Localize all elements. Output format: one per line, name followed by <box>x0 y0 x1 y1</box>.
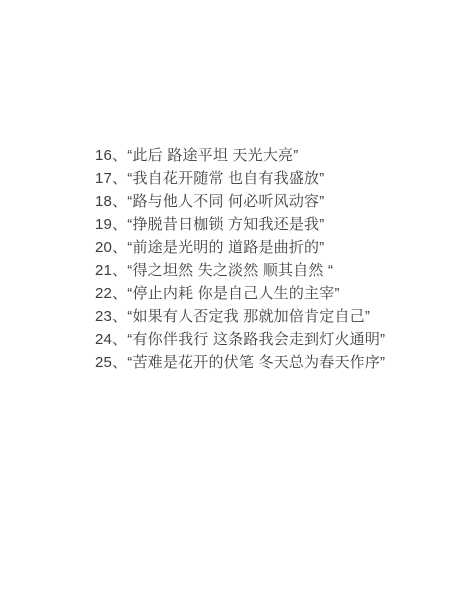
quote-line: 17、“我自花开随常 也自有我盛放” <box>95 167 425 190</box>
page: 16、“此后 路途平坦 天光大亮” 17、“我自花开随常 也自有我盛放” 18、… <box>0 0 449 600</box>
quote-line: 16、“此后 路途平坦 天光大亮” <box>95 144 425 167</box>
quote-line: 23、“如果有人否定我 那就加倍肯定自己” <box>95 305 425 328</box>
quote-list: 16、“此后 路途平坦 天光大亮” 17、“我自花开随常 也自有我盛放” 18、… <box>95 144 425 374</box>
quote-line: 21、“得之坦然 失之淡然 顺其自然 “ <box>95 259 425 282</box>
quote-line: 24、“有你伴我行 这条路我会走到灯火通明” <box>95 328 425 351</box>
quote-line: 20、“前途是光明的 道路是曲折的” <box>95 236 425 259</box>
quote-line: 19、“挣脱昔日枷锁 方知我还是我” <box>95 213 425 236</box>
quote-line: 25、“苦难是花开的伏笔 冬天总为春天作序” <box>95 351 425 374</box>
quote-line: 22、“停止内耗 你是自己人生的主宰” <box>95 282 425 305</box>
quote-line: 18、“路与他人不同 何必听风动容” <box>95 190 425 213</box>
